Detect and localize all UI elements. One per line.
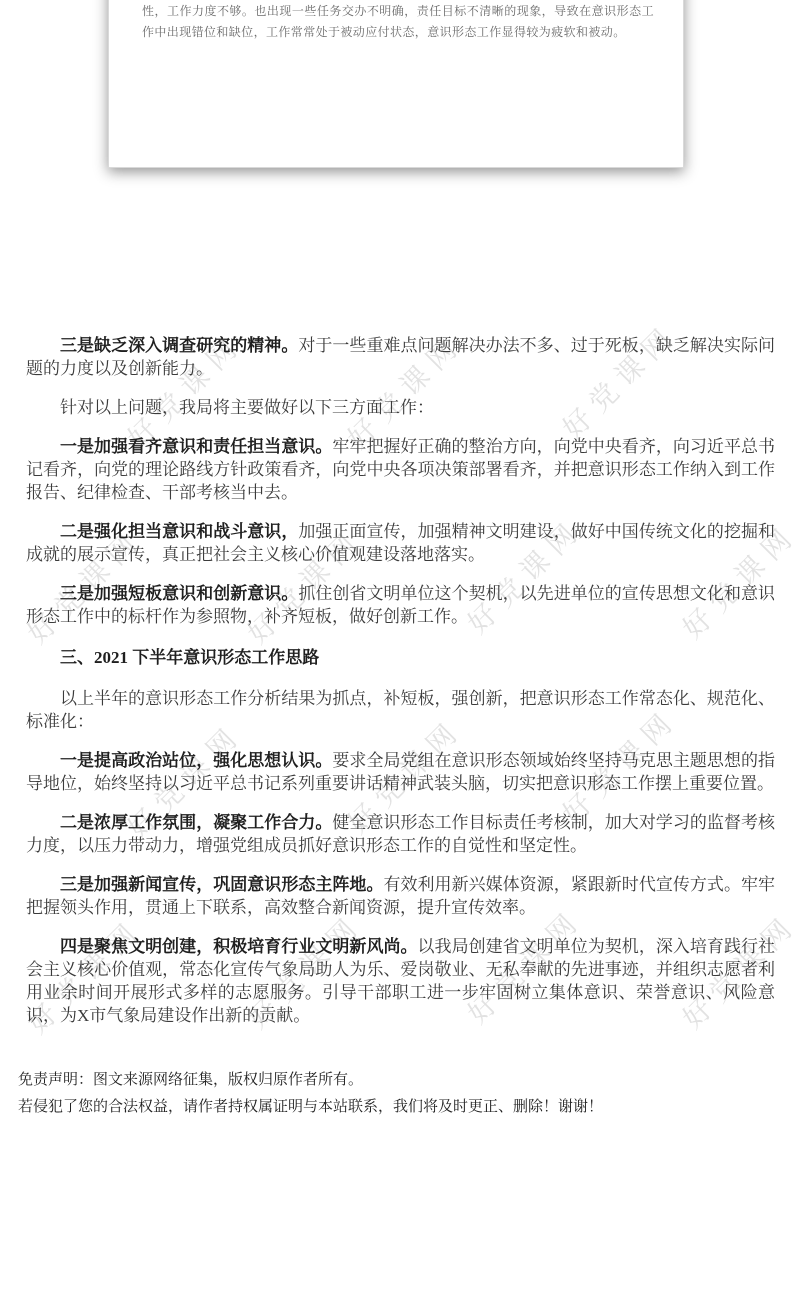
disclaimer-line-2: 若侵犯了您的合法权益，请作者持权属证明与本站联系，我们将及时更正、删除！谢谢！ (18, 1094, 780, 1121)
paragraph: 针对以上问题，我局将主要做好以下三方面工作： (26, 396, 775, 419)
paragraph: 二是浓厚工作氛围，凝聚工作合力。健全意识形态工作目标责任考核制，加大对学习的监督… (26, 811, 775, 857)
paragraph: 一是加强看齐意识和责任担当意识。牢牢把握好正确的整治方向，向党中央看齐，向习近平… (26, 435, 775, 504)
paragraph-lead: 一是加强看齐意识和责任担当意识。 (60, 437, 332, 456)
paragraph-text: 针对以上问题，我局将主要做好以下三方面工作： (60, 398, 434, 417)
paragraph: 二是强化担当意识和战斗意识，加强正面宣传，加强精神文明建设，做好中国传统文化的挖… (26, 520, 775, 566)
paragraph: 一是提高政治站位，强化思想认识。要求全局党组在意识形态领域始终坚持马克思主题思想… (26, 749, 775, 795)
section-heading: 三、2021 下半年意识形态工作思路 (26, 646, 775, 669)
paragraph-lead: 四是聚焦文明创建，积极培育行业文明新风尚。 (60, 937, 418, 956)
paragraph-lead: 三是加强短板意识和创新意识。 (60, 584, 298, 603)
paragraph-lead: 二是浓厚工作氛围，凝聚工作合力。 (60, 813, 332, 832)
paragraph: 三是加强新闻宣传，巩固意识形态主阵地。有效利用新兴媒体资源，紧跟新时代宣传方式。… (26, 873, 775, 919)
paragraph-lead: 一是提高政治站位，强化思想认识。 (60, 751, 332, 770)
paragraph: 以上半年的意识形态工作分析结果为抓点，补短板，强创新，把意识形态工作常态化、规范… (26, 687, 775, 733)
document-preview-page: 性，工作力度不够。也出现一些任务交办不明确，责任目标不清晰的现象，导致在意识形态… (108, 0, 684, 168)
document-preview-area: 性，工作力度不够。也出现一些任务交办不明确，责任目标不清晰的现象，导致在意识形态… (0, 0, 800, 186)
paragraph: 三是缺乏深入调查研究的精神。对于一些重难点问题解决办法不多、过于死板，缺乏解决实… (26, 334, 775, 380)
paragraph-lead: 三是加强新闻宣传，巩固意识形态主阵地。 (60, 875, 383, 894)
document-body: 三是缺乏深入调查研究的精神。对于一些重难点问题解决办法不多、过于死板，缺乏解决实… (0, 186, 800, 1027)
paragraph: 四是聚焦文明创建，积极培育行业文明新风尚。以我局创建省文明单位为契机，深入培育践… (26, 935, 775, 1027)
paragraph-lead: 三是缺乏深入调查研究的精神。 (60, 336, 298, 355)
paragraph: 三是加强短板意识和创新意识。抓住创省文明单位这个契机，以先进单位的宣传思想文化和… (26, 582, 775, 628)
paragraph-text: 以上半年的意识形态工作分析结果为抓点，补短板，强创新，把意识形态工作常态化、规范… (26, 689, 775, 731)
disclaimer-footer: 免责声明：图文来源网络征集，版权归原作者所有。 若侵犯了您的合法权益，请作者持权… (0, 1067, 800, 1121)
paragraph-lead: 二是强化担当意识和战斗意识， (60, 522, 298, 541)
preview-page-text: 性，工作力度不够。也出现一些任务交办不明确，责任目标不清晰的现象，导致在意识形态… (142, 1, 654, 43)
disclaimer-line-1: 免责声明：图文来源网络征集，版权归原作者所有。 (18, 1067, 780, 1094)
